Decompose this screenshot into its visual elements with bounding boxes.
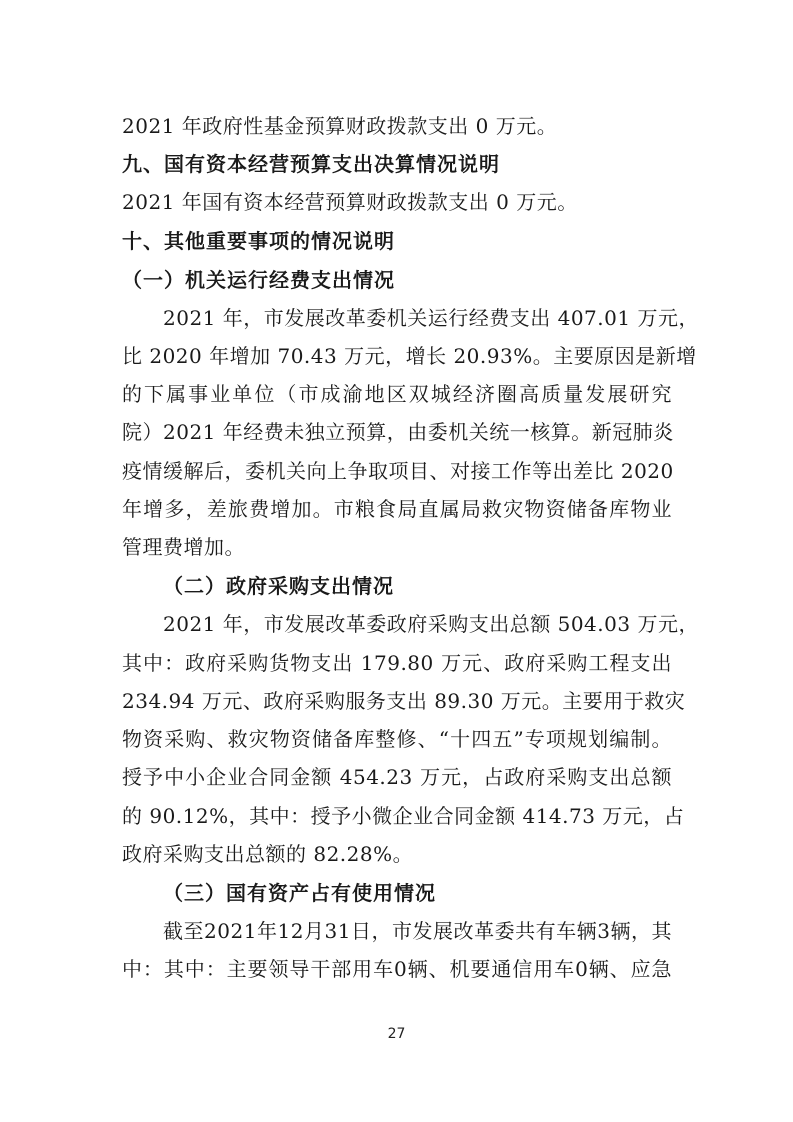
paragraph-line: 授予中小企业合同金额 454.23 万元，占政府采购支出总额: [122, 762, 672, 792]
paragraph-line: 管理费增加。: [122, 532, 672, 562]
paragraph-line: 2021 年政府性基金预算财政拨款支出 0 万元。: [122, 111, 672, 141]
paragraph-line: 2021 年国有资本经营预算财政拨款支出 0 万元。: [122, 187, 672, 217]
section-heading-9: 九、国有资本经营预算支出决算情况说明: [122, 149, 672, 179]
paragraph-line: 中：其中：主要领导干部用车0辆、机要通信用车0辆、应急: [122, 954, 672, 984]
paragraph-line: 疫情缓解后，委机关向上争取项目、对接工作等出差比 2020: [122, 456, 672, 486]
paragraph-line: 的 90.12%，其中：授予小微企业合同金额 414.73 万元，占: [122, 801, 672, 831]
paragraph-line: 2021 年，市发展改革委机关运行经费支出 407.01 万元，: [163, 303, 672, 333]
paragraph-line: 比 2020 年增加 70.43 万元，增长 20.93%。主要原因是新增: [122, 341, 672, 371]
subheading-3: （三）国有资产占有使用情况: [163, 878, 713, 908]
paragraph-line: 年增多，差旅费增加。市粮食局直属局救灾物资储备库物业: [122, 494, 672, 524]
subheading-2: （二）政府采购支出情况: [163, 571, 713, 601]
paragraph-line: 2021 年，市发展改革委政府采购支出总额 504.03 万元，: [163, 609, 672, 639]
paragraph-line: 政府采购支出总额的 82.28%。: [122, 839, 672, 869]
paragraph-line: 234.94 万元、政府采购服务支出 89.30 万元。主要用于救灾: [122, 686, 672, 716]
paragraph-line: 截至2021年12月31日，市发展改革委共有车辆3辆，其: [163, 916, 672, 946]
paragraph-line: 物资采购、救灾物资储备库整修、“十四五”专项规划编制。: [122, 724, 672, 754]
paragraph-line: 其中：政府采购货物支出 179.80 万元、政府采购工程支出: [122, 648, 672, 678]
document-page: 2021 年政府性基金预算财政拨款支出 0 万元。 九、国有资本经营预算支出决算…: [0, 0, 793, 1122]
subheading-1: （一）机关运行经费支出情况: [122, 265, 672, 295]
page-number: 27: [0, 1026, 793, 1042]
section-heading-10: 十、其他重要事项的情况说明: [122, 226, 672, 256]
paragraph-line: 院）2021 年经费未独立预算，由委机关统一核算。新冠肺炎: [122, 417, 672, 447]
paragraph-line: 的下属事业单位（市成渝地区双城经济圈高质量发展研究: [122, 379, 672, 409]
